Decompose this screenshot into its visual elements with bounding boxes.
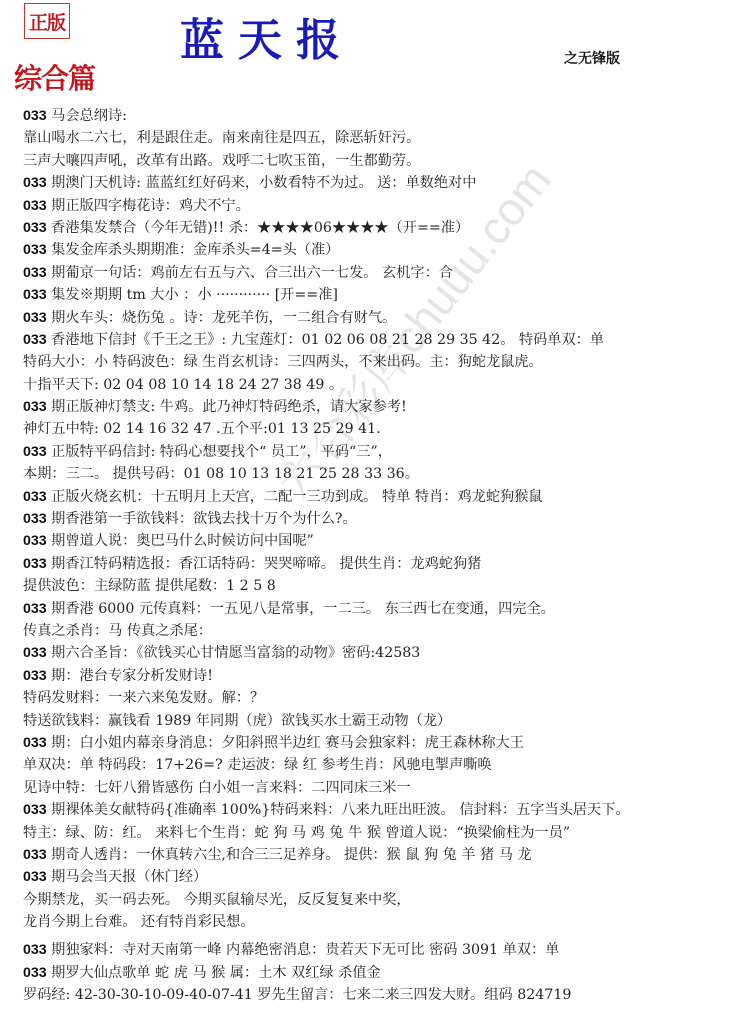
text-line: 十指平天下: 02 04 08 10 14 18 24 27 38 49 。 xyxy=(23,374,741,396)
text-line: 033 香港地下信封《千王之王》: 九宝莲灯：01 02 06 08 21 28… xyxy=(23,329,741,351)
text-line: 传真之杀肖：马 传真之杀尾： xyxy=(23,620,741,642)
text-line: 033 期火车头：烧伤兔 。诗：龙死羊伤，一二组合有财气。 xyxy=(23,307,741,329)
text-line: 033 期香江特码精选报：香江话特码：哭哭啼啼。 提供生肖：龙鸡蛇狗猪 xyxy=(23,553,741,575)
issue-number: 033 xyxy=(23,310,47,326)
text-line: 特主：绿、防：红。 来料七个生肖：蛇 狗 马 鸡 兔 牛 猴 曾道人说：“换梁偷… xyxy=(23,822,741,844)
edition-label: 之无锋版 xyxy=(564,48,620,68)
article-body: 033 马会总纲诗: 靠山喝水二六七，利是跟住走。南来南往是四五，除恶斩奸污。 … xyxy=(23,105,741,1007)
text-line: 特送欲钱料：赢钱看 1989 年同期（虎）欲钱买水土霸王动物（龙） xyxy=(23,710,741,732)
text-line: 提供波色：主绿防蓝 提供尾数：1 2 5 8 xyxy=(23,575,741,597)
text-line: 靠山喝水二六七，利是跟住走。南来南往是四五，除恶斩奸污。 xyxy=(23,127,741,149)
text-line: 单双决：单 特码段：17+26=? 走运波：绿 红 参考生肖：风驰电掣声嘶唤 xyxy=(23,754,741,776)
text-line: 033 期葡京一句话：鸡前左右五与六、合三出六一七发。 玄机字：合 xyxy=(23,262,741,284)
issue-number: 033 xyxy=(23,220,47,236)
issue-number: 033 xyxy=(23,332,47,348)
text-line: 033 期澳门天机诗: 蓝蓝红红好码来，小数看特不为过。 送：单数绝对中 xyxy=(23,172,741,194)
issue-number: 033 xyxy=(23,511,47,527)
text-line: 033 正版火烧玄机：十五明月上天宫，二配一三功到成。 特单 特肖：鸡龙蛇狗猴鼠 xyxy=(23,486,741,508)
text-line: 033 期曾道人说：奥巴马什么时候访问中国呢” xyxy=(23,530,741,552)
issue-number: 033 xyxy=(23,847,47,863)
text-line: 033 期正版神灯禁支: 牛鸡。此乃神灯特码绝杀，请大家参考! xyxy=(23,396,741,418)
text-line: 033 期罗大仙点歌单 蛇 虎 马 猴 属：土木 双红绿 杀值金 xyxy=(23,962,741,984)
text-line: 033 期奇人透肖：一休真转六尘,和合三三足养身。 提供：猴 鼠 狗 兔 羊 猪… xyxy=(23,844,741,866)
text-line: 033 期正版四字梅花诗：鸡犬不宁。 xyxy=(23,195,741,217)
text-line: 033 期六合圣旨：《欲钱买心甘情愿当富翁的动物》密码:42583 xyxy=(23,642,741,664)
newspaper-title: 蓝天报 xyxy=(180,4,320,68)
issue-number: 033 xyxy=(23,444,47,460)
issue-number: 033 xyxy=(23,175,47,191)
text-line: 本期：三二。 提供号码：01 08 10 13 18 21 25 28 33 3… xyxy=(23,463,741,485)
text-line: 罗码经: 42-30-30-10-09-40-07-41 罗先生留言：七来二来三… xyxy=(23,984,741,1006)
issue-number: 033 xyxy=(23,489,47,505)
issue-number: 033 xyxy=(23,645,47,661)
text-line: 033 期马会当天报（休门经） xyxy=(23,866,741,888)
issue-number: 033 xyxy=(23,242,47,258)
text-line: 033 集发※期期 tm 大小 ：小 ············ [开==准] xyxy=(23,284,741,306)
issue-number: 033 xyxy=(23,265,47,281)
text-line: 033 期香港 6000 元传真料：一五见八是常事，一二三。 东三西七在变通，四… xyxy=(23,598,741,620)
authentic-edition-stamp: 正版 xyxy=(24,3,70,39)
issue-number: 033 xyxy=(23,108,47,124)
issue-number: 033 xyxy=(23,399,47,415)
text-line: 033 期裸体美女献特码{准确率 100%}特码来料：八来九旺出旺波。 信封料：… xyxy=(23,799,741,821)
text-line: 特码发财料：一来六来兔发财。解：？ xyxy=(23,687,741,709)
issue-number: 033 xyxy=(23,198,47,214)
text-line: 033 香港集发禁合（今年无错)!! 杀：★★★★06★★★★（开==准） xyxy=(23,217,741,239)
text-line: 龙肖今期上台难。 还有特肖彩民想。 xyxy=(23,911,741,933)
issue-number: 033 xyxy=(23,965,47,981)
issue-number: 033 xyxy=(23,942,47,958)
text-line: 033 期独家料：寺对天南第一峰 内幕绝密消息：贵若天下无可比 密码 3091 … xyxy=(23,939,741,961)
issue-number: 033 xyxy=(23,869,47,885)
text-line: 见诗中特：七奸八猾皆感伤 白小姐一言来料：二四同床三米一 xyxy=(23,777,741,799)
issue-number: 033 xyxy=(23,802,47,818)
issue-number: 033 xyxy=(23,287,47,303)
text-line: 033 集发金库杀头期期准：金库杀头=4=头（准） xyxy=(23,239,741,261)
section-heading: 综合篇 xyxy=(14,57,95,97)
issue-number: 033 xyxy=(23,735,47,751)
issue-number: 033 xyxy=(23,556,47,572)
text-line: 今期禁龙，买一码去死。 今期买鼠输尽光，反反复复来中奖， xyxy=(23,889,741,911)
issue-number: 033 xyxy=(23,533,47,549)
text-line: 三声大嚷四声吼，改革有出路。戏呼二七吹玉笛，一生都勤劳。 xyxy=(23,150,741,172)
text-line: 033 期：港台专家分析发财诗! xyxy=(23,665,741,687)
text-line: 033 正版特平码信封: 特码心想要找个“ 员工”，平码“三”， xyxy=(23,441,741,463)
text-line: 特码大小：小 特码波色：绿 生肖玄机诗：三四两头，不来出码。主：狗蛇龙鼠虎。 xyxy=(23,351,741,373)
issue-number: 033 xyxy=(23,601,47,617)
text-line: 033 期香港第一手欲钱料：欲钱去找十万个为什么?。 xyxy=(23,508,741,530)
text-line: 神灯五中特: 02 14 16 32 47 .五个平:01 13 25 29 4… xyxy=(23,418,741,440)
text-line: 033 期：白小姐内幕亲身消息：夕阳斜照半边红 赛马会独家料：虎王森林称大王 xyxy=(23,732,741,754)
issue-number: 033 xyxy=(23,668,47,684)
text-line: 033 马会总纲诗: xyxy=(23,105,741,127)
